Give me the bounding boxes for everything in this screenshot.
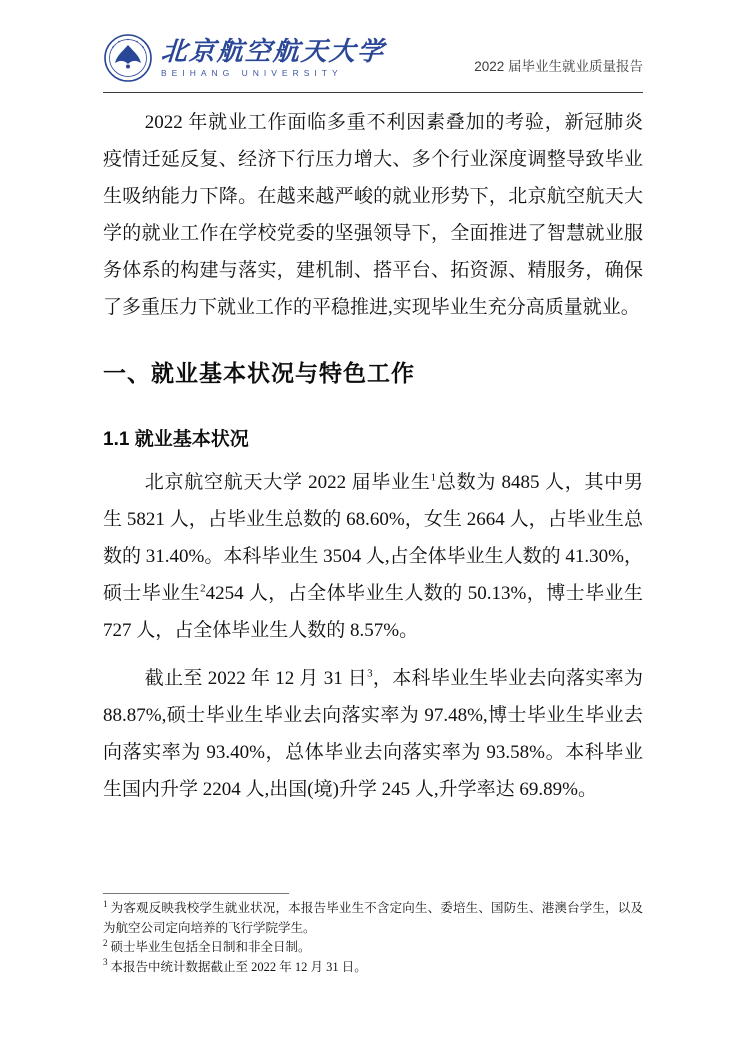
footnote-3: 3本报告中统计数据截止至 2022 年 12 月 31 日。 bbox=[103, 958, 643, 978]
para2-segment-1: 北京航空航天大学 2022 届毕业生 bbox=[145, 472, 431, 493]
graduate-statistics-paragraph: 北京航空航天大学 2022 届毕业生1总数为 8485 人，其中男生 5821 … bbox=[103, 464, 643, 649]
footnote-1-text: 为客观反映我校学生就业状况，本报告毕业生不含定向生、委培生、国防生、港澳台学生，… bbox=[103, 901, 643, 935]
intro-paragraph: 2022 年就业工作面临多重不利因素叠加的考验，新冠肺炎疫情迁延反复、经济下行压… bbox=[103, 104, 643, 326]
logo-text: 北京航空航天大学 BEIHANG UNIVERSITY bbox=[161, 38, 385, 78]
report-header-title: 2022 届毕业生就业质量报告 bbox=[474, 55, 643, 83]
footnote-3-text: 本报告中统计数据截止至 2022 年 12 月 31 日。 bbox=[111, 960, 367, 974]
page-header: 北京航空航天大学 BEIHANG UNIVERSITY 2022 届毕业生就业质… bbox=[103, 33, 643, 83]
university-name-zh: 北京航空航天大学 bbox=[160, 38, 386, 66]
university-name-en: BEIHANG UNIVERSITY bbox=[161, 68, 385, 78]
employment-rate-paragraph: 截止至 2022 年 12 月 31 日3，本科毕业生毕业去向落实率为 88.8… bbox=[103, 660, 643, 808]
header-divider bbox=[103, 92, 643, 93]
footnote-divider bbox=[103, 893, 289, 894]
report-page: 北京航空航天大学 BEIHANG UNIVERSITY 2022 届毕业生就业质… bbox=[0, 0, 745, 1053]
section-1-heading: 一、就业基本状况与特色工作 bbox=[103, 355, 643, 388]
university-logo: 北京航空航天大学 BEIHANG UNIVERSITY bbox=[103, 33, 385, 83]
para3-segment-1: 截止至 2022 年 12 月 31 日 bbox=[145, 668, 367, 689]
footnote-2: 2硕士毕业生包括全日制和非全日制。 bbox=[103, 938, 643, 958]
footnote-1: 1为客观反映我校学生就业状况，本报告毕业生不含定向生、委培生、国防生、港澳台学生… bbox=[103, 899, 643, 938]
university-seal-icon bbox=[103, 33, 153, 83]
footnote-3-marker: 3 bbox=[103, 957, 108, 967]
intro-paragraph-text: 2022 年就业工作面临多重不利因素叠加的考验，新冠肺炎疫情迁延反复、经济下行压… bbox=[103, 112, 643, 318]
footnote-2-marker: 2 bbox=[103, 938, 108, 948]
footnote-2-text: 硕士毕业生包括全日制和非全日制。 bbox=[111, 940, 311, 954]
footnote-1-marker: 1 bbox=[103, 899, 108, 909]
section-1-1-heading: 1.1 就业基本状况 bbox=[103, 424, 643, 451]
footnotes-section: 1为客观反映我校学生就业状况，本报告毕业生不含定向生、委培生、国防生、港澳台学生… bbox=[103, 893, 643, 977]
